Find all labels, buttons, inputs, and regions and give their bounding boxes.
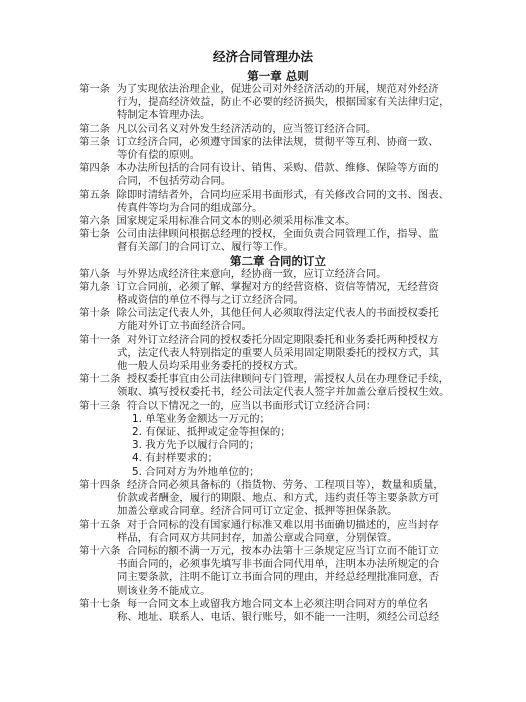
article-label: 第一条 [79, 83, 113, 95]
article-label: 第五条 [79, 189, 113, 201]
article-text: 本办法所包括的合同有设计、销售、采购、借款、维修、保险等方面的 [116, 162, 438, 174]
article-label: 第十四条 [79, 479, 124, 491]
article-first-line: 第七条 公司由法律顾问根据总经理的授权，全面负责合同管理工作，指导、监 [79, 228, 477, 241]
article: 第四条 本办法所包括的合同有设计、销售、采购、借款、维修、保险等方面的合同，不包… [79, 162, 477, 188]
article-label: 第四条 [79, 162, 113, 174]
article: 第二条 凡以公司名义对外发生经济活动的，应当签订经济合同。 [79, 123, 477, 136]
article: 第八条 与外界达成经济往来意向，经协商一致，应订立经济合同。 [79, 268, 477, 281]
article: 第一条 为了实现依法治理企业，促进公司对外经济活动的开展，规范对外经济行为，提高… [79, 83, 477, 123]
article-continuation-line: 样品，有合同双方共同封存，加盖公章或合同章，分别保管。 [79, 532, 477, 545]
document-page: 经济合同管理办法 第一章 总则第一条 为了实现依法治理企业，促进公司对外经济活动… [0, 0, 526, 702]
article-first-line: 第六条 国家规定采用标准合同文本的则必须采用标准文本。 [79, 215, 477, 228]
article-label: 第十一条 [79, 334, 124, 346]
article-label: 第二条 [79, 123, 113, 135]
article-first-line: 第十一条 对外订立经济合同的授权委托分固定期限委托和业务委托两种授权方 [79, 334, 477, 347]
article-text: 公司由法律顾问根据总经理的授权，全面负责合同管理工作，指导、监 [116, 228, 438, 240]
article-text: 对外订立经济合同的授权委托分固定期限委托和业务委托两种授权方 [127, 334, 439, 346]
list-item: 2. 有保证、抵押或定金等担保的； [79, 426, 477, 439]
article-continuation-line: 则该业务不能成立。 [79, 585, 477, 598]
article-first-line: 第四条 本办法所包括的合同有设计、销售、采购、借款、维修、保险等方面的 [79, 162, 477, 175]
article-text: 与外界达成经济往来意向，经协商一致，应订立经济合同。 [116, 268, 386, 280]
article-text: 对于合同标的没有国家通行标准又难以用书面确切描述的，应当封存 [127, 519, 439, 531]
article-first-line: 第十四条 经济合同必须具备标的（指货物、劳务、工程项目等），数量和质量， [79, 479, 477, 492]
article: 第六条 国家规定采用标准合同文本的则必须采用标准文本。 [79, 215, 477, 228]
article: 第十条 除公司法定代表人外，其他任何人必须取得法定代表人的书面授权委托方能对外订… [79, 307, 477, 333]
article: 第五条 除即时清结者外，合同均应采用书面形式，有关修改合同的文书、图表、传真件等… [79, 189, 477, 215]
article: 第十一条 对外订立经济合同的授权委托分固定期限委托和业务委托两种授权方式，法定代… [79, 334, 477, 374]
article-continuation-line: 等价有偿的原则。 [79, 149, 477, 162]
article-first-line: 第五条 除即时清结者外，合同均应采用书面形式，有关修改合同的文书、图表、 [79, 189, 477, 202]
article: 第十三条 符合以下情况之一的，应当以书面形式订立经济合同：1. 单笔业务金额达一… [79, 400, 477, 479]
article-label: 第十二条 [79, 373, 124, 385]
article-text: 订立经济合同，必须遵守国家的法律法规，贯彻平等互利、协商一致、 [116, 136, 438, 148]
list-item: 1. 单笔业务金额达一万元的； [79, 413, 477, 426]
document-body: 第一章 总则第一条 为了实现依法治理企业，促进公司对外经济活动的开展，规范对外经… [79, 70, 477, 624]
article-label: 第六条 [79, 215, 113, 227]
article-label: 第七条 [79, 228, 113, 240]
article-continuation-line: 督有关部门的合同订立、履行等工作。 [79, 241, 477, 254]
article: 第十二条 授权委托事宜由公司法律顾问专门管理，需授权人员在办理登记手续，领取、填… [79, 373, 477, 399]
article-text: 国家规定采用标准合同文本的则必须采用标准文本。 [116, 215, 355, 227]
article: 第十七条 每一合同文本上或留我方地合同文本上必须注明合同对方的单位名称、地址、联… [79, 598, 477, 624]
article-continuation-line: 特制定本管理办法。 [79, 109, 477, 122]
list-item: 4. 有封样要求的； [79, 452, 477, 465]
article-label: 第十六条 [79, 545, 124, 557]
article: 第七条 公司由法律顾问根据总经理的授权，全面负责合同管理工作，指导、监督有关部门… [79, 228, 477, 254]
article-first-line: 第八条 与外界达成经济往来意向，经协商一致，应订立经济合同。 [79, 268, 477, 281]
article-text: 除公司法定代表人外，其他任何人必须取得法定代表人的书面授权委托 [116, 307, 438, 319]
article-continuation-line: 价款或者酬金，履行的期限、地点、和方式，违约责任等主要条款方可 [79, 492, 477, 505]
article-continuation-line: 领取、填写授权委托书，经公司法定代表人签字并加盖公章后授权生效。 [79, 386, 477, 399]
article: 第十四条 经济合同必须具备标的（指货物、劳务、工程项目等），数量和质量，价款或者… [79, 479, 477, 519]
article-first-line: 第九条 订立合同前，必须了解、掌握对方的经营资格、资信等情况，无经营资 [79, 281, 477, 294]
article-text: 符合以下情况之一的，应当以书面形式订立经济合同： [127, 400, 376, 412]
list-item: 3. 我方先予以履行合同的； [79, 439, 477, 452]
article-text: 为了实现依法治理企业，促进公司对外经济活动的开展，规范对外经济 [116, 83, 438, 95]
article: 第九条 订立合同前，必须了解、掌握对方的经营资格、资信等情况，无经营资格或资信的… [79, 281, 477, 307]
article-text: 除即时清结者外，合同均应采用书面形式，有关修改合同的文书、图表、 [116, 189, 449, 201]
list-item: 5. 合同对方为外地单位的； [79, 466, 477, 479]
chapter-heading: 第一章 总则 [79, 70, 477, 83]
article-first-line: 第十五条 对于合同标的没有国家通行标准又难以用书面确切描述的，应当封存 [79, 519, 477, 532]
article-label: 第十七条 [79, 598, 124, 610]
article-continuation-line: 书面合同的，必须事先填写非书面合同代用单，注明本办法所规定的合 [79, 558, 477, 571]
article-continuation-line: 加盖公章或合同章。经济合同可订立定金、抵押等担保条款。 [79, 505, 477, 518]
article-label: 第九条 [79, 281, 113, 293]
article-first-line: 第十六条 合同标的额不满一万元，按本办法第十三条规定应当订立而不能订立 [79, 545, 477, 558]
article-continuation-line: 格或资信的单位不得与之订立经济合同。 [79, 294, 477, 307]
chapter-heading: 第二章 合同的订立 [79, 255, 477, 268]
article-continuation-line: 他一般人员均采用业务委托的授权方式。 [79, 360, 477, 373]
article-first-line: 第三条 订立经济合同，必须遵守国家的法律法规，贯彻平等互利、协商一致、 [79, 136, 477, 149]
article-first-line: 第十三条 符合以下情况之一的，应当以书面形式订立经济合同： [79, 400, 477, 413]
article-label: 第八条 [79, 268, 113, 280]
article-continuation-line: 称、地址、联系人、电话、银行账号，如不能一一注明，须经公司总经 [79, 611, 477, 624]
article: 第三条 订立经济合同，必须遵守国家的法律法规，贯彻平等互利、协商一致、等价有偿的… [79, 136, 477, 162]
article-label: 第十五条 [79, 519, 124, 531]
article-continuation-line: 方能对外订立书面经济合同。 [79, 320, 477, 333]
article-label: 第十三条 [79, 400, 124, 412]
article-first-line: 第十二条 授权委托事宜由公司法律顾问专门管理，需授权人员在办理登记手续， [79, 373, 477, 386]
article-text: 每一合同文本上或留我方地合同文本上必须注明合同对方的单位名 [127, 598, 428, 610]
article-first-line: 第二条 凡以公司名义对外发生经济活动的，应当签订经济合同。 [79, 123, 477, 136]
article-text: 授权委托事宜由公司法律顾问专门管理，需授权人员在办理登记手续， [127, 373, 449, 385]
article-text: 订立合同前，必须了解、掌握对方的经营资格、资信等情况，无经营资 [116, 281, 438, 293]
article-label: 第三条 [79, 136, 113, 148]
article-first-line: 第一条 为了实现依法治理企业，促进公司对外经济活动的开展，规范对外经济 [79, 83, 477, 96]
article-continuation-line: 传真件等均为合同的组成部分。 [79, 202, 477, 215]
article: 第十五条 对于合同标的没有国家通行标准又难以用书面确切描述的，应当封存样品，有合… [79, 519, 477, 545]
article-label: 第十条 [79, 307, 113, 319]
article-continuation-line: 式，法定代表人特别指定的重要人员采用固定期限委托的授权方式，其 [79, 347, 477, 360]
article-text: 合同标的额不满一万元，按本办法第十三条规定应当订立而不能订立 [127, 545, 439, 557]
article-continuation-line: 行为，提高经济效益，防止不必要的经济损失，根据国家有关法律归定， [79, 96, 477, 109]
article-first-line: 第十条 除公司法定代表人外，其他任何人必须取得法定代表人的书面授权委托 [79, 307, 477, 320]
article-first-line: 第十七条 每一合同文本上或留我方地合同文本上必须注明合同对方的单位名 [79, 598, 477, 611]
article-text: 凡以公司名义对外发生经济活动的，应当签订经济合同。 [116, 123, 376, 135]
article: 第十六条 合同标的额不满一万元，按本办法第十三条规定应当订立而不能订立书面合同的… [79, 545, 477, 598]
article-text: 经济合同必须具备标的（指货物、劳务、工程项目等），数量和质量， [127, 479, 444, 491]
article-continuation-line: 合同，不包括劳动合同。 [79, 175, 477, 188]
document-title: 经济合同管理办法 [0, 50, 526, 64]
article-continuation-line: 同主要条款，注明不能订立书面合同的理由，并经总经理批准同意，否 [79, 571, 477, 584]
